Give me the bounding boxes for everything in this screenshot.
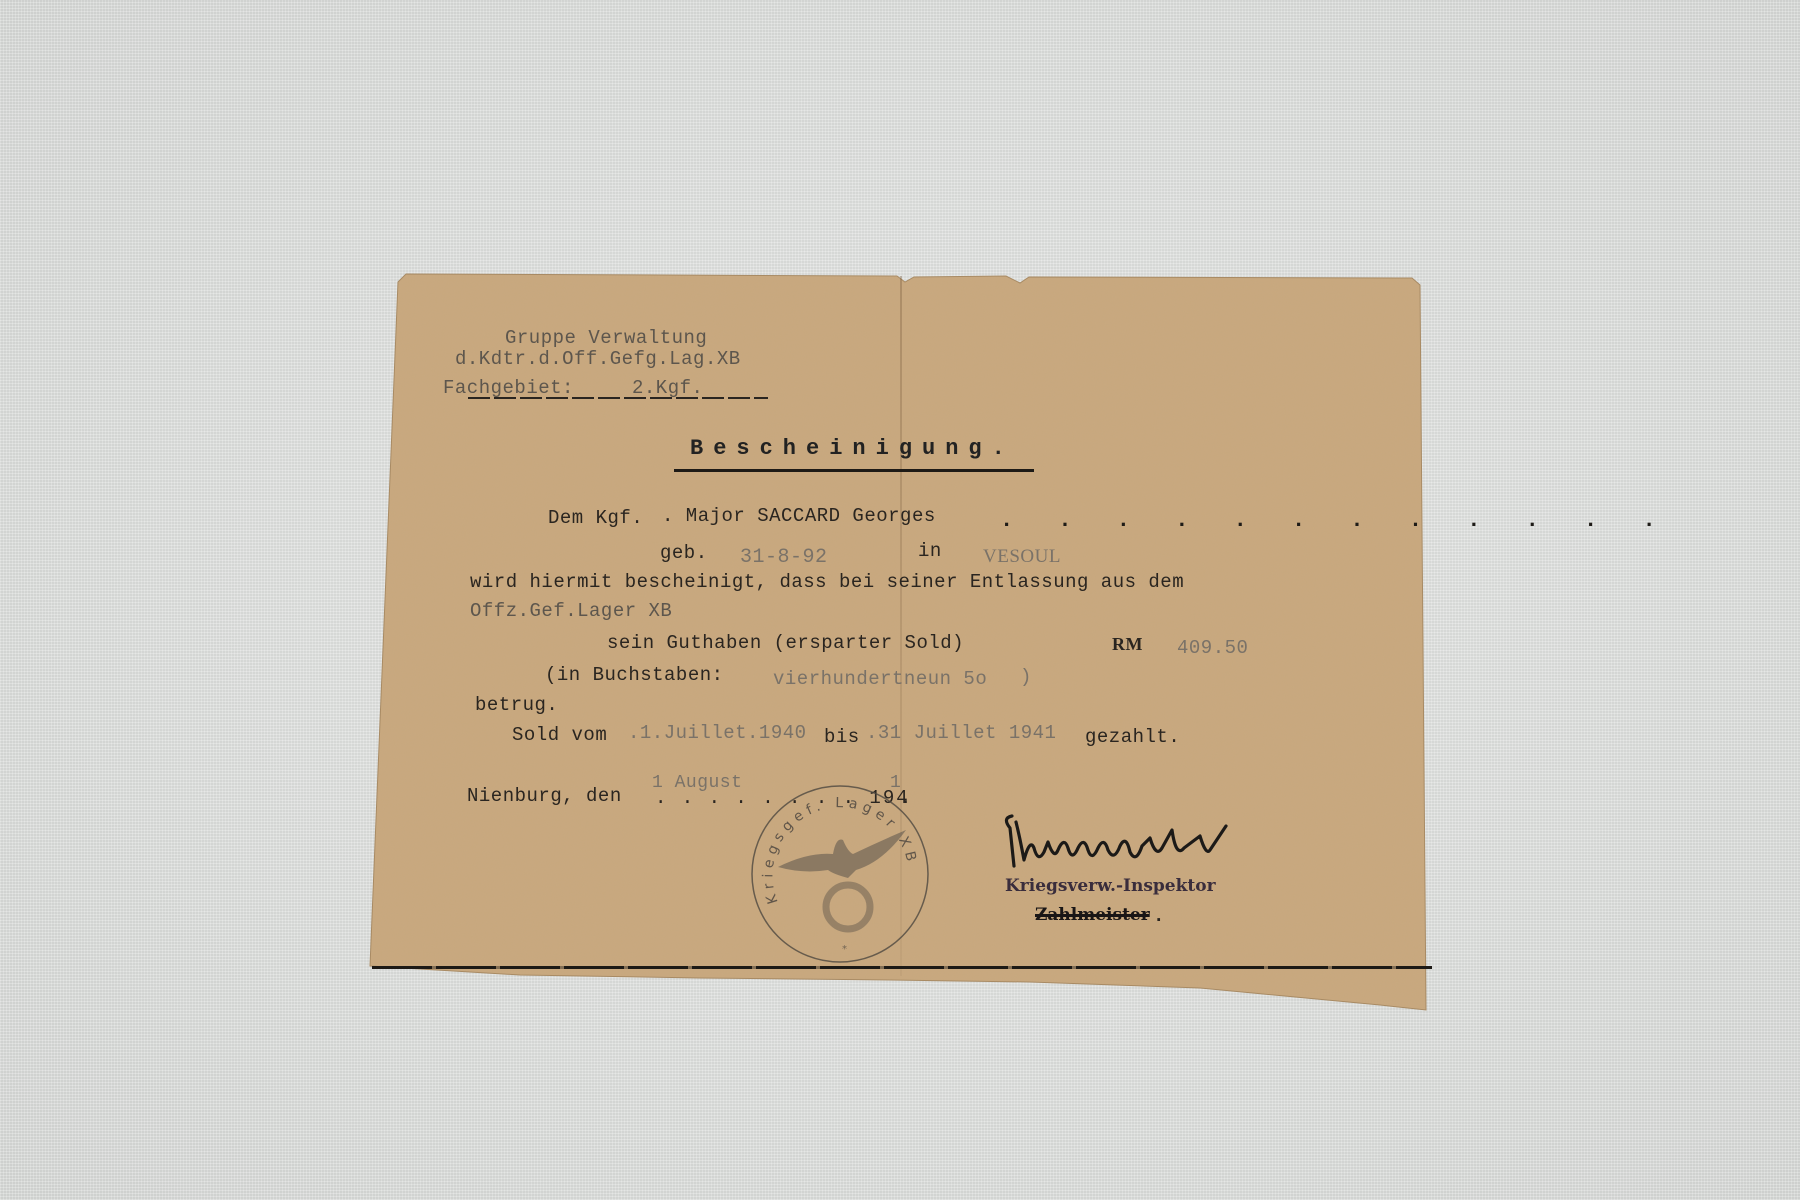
title-underline [674,469,1034,472]
sold-suffix: gezahlt. [1085,726,1180,748]
header-line-1: Gruppe Verwaltung [505,327,707,349]
header-line-2: d.Kdtr.d.Off.Gefg.Lag.XB [455,348,741,370]
header-line-3-value: 2.Kgf. [632,377,703,399]
recipient-dot-leader: . . . . . . . . . . . . [1000,508,1672,533]
struck-title-period: . [1153,905,1165,927]
in-words-value: vierhundertneun 5o [773,668,987,690]
born-label: geb. [660,542,708,564]
camp-line: Offz.Gef.Lager XB [470,600,672,622]
struck-title: Zahlmeister [1035,905,1150,925]
svg-text:*: * [842,944,847,955]
recipient-prefix: Dem Kgf. [548,507,643,529]
signatory-title: Kriegsverw.-Inspektor [1005,876,1216,896]
sold-bis: bis [824,726,860,748]
handwritten-signature-icon [1000,808,1240,878]
sold-from-date: .1.Juillet.1940 [628,722,807,744]
currency-label: RM [1112,634,1143,655]
sold-to-date: .31 Juillet 1941 [866,722,1056,744]
recipient-name: . Major SACCARD Georges [662,505,936,527]
eagle-seal-stamp-icon: Kriegsgef. Lager XB * [748,782,933,967]
document-title: Bescheinigung. [690,436,1015,461]
header-underline [468,397,768,399]
place-prefix: Nienburg, den [467,785,622,807]
in-words-label: (in Buchstaben: [545,664,724,686]
credit-label: sein Guthaben (ersparter Sold) [607,632,964,654]
document-paper: Gruppe Verwaltung d.Kdtr.d.Off.Gefg.Lag.… [0,0,1800,1200]
credit-amount: 409.50 [1177,637,1248,659]
betrug-text: betrug. [475,694,558,716]
sold-prefix: Sold vom [512,724,607,746]
header-line-3-label: Fachgebiet: [443,377,574,399]
in-words-close: ) [1020,666,1032,688]
born-place: VESOUL [983,546,1061,568]
born-in-label: in [918,540,942,562]
born-date: 31-8-92 [740,546,828,569]
bottom-printed-rule [372,966,1432,969]
certify-line: wird hiermit bescheinigt, dass bei seine… [470,571,1184,593]
